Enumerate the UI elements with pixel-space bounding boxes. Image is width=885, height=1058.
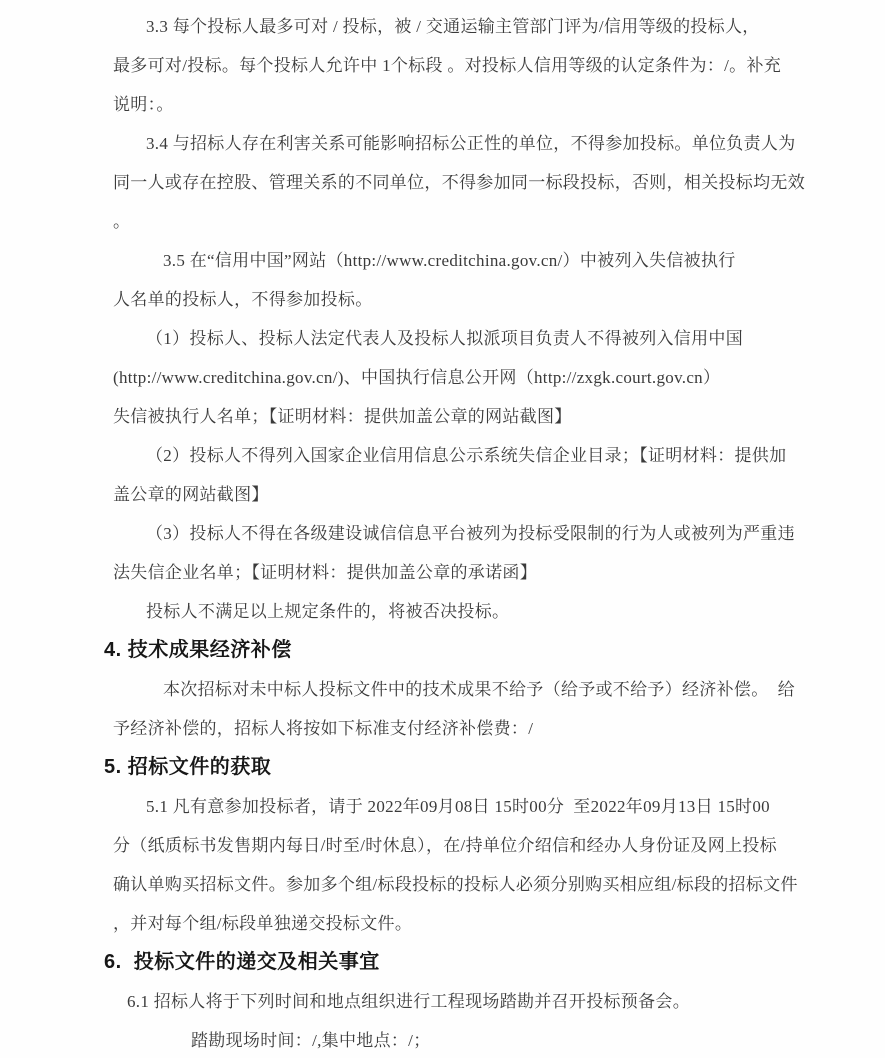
text-line: 确认单购买招标文件。参加多个组/标段投标的投标人必须分别购买相应组/标段的招标文… xyxy=(113,865,869,904)
section-heading: 4. 技术成果经济补偿 xyxy=(104,631,869,670)
credit-item-1: （1）投标人、投标人法定代表人及投标人拟派项目负责人不得被列入信用中国 (htt… xyxy=(0,319,885,436)
text-line: 6.1 招标人将于下列时间和地点组织进行工程现场踏勘并召开投标预备会。 xyxy=(113,982,869,1021)
text-line: （1）投标人、投标人法定代表人及投标人拟派项目负责人不得被列入信用中国 xyxy=(113,319,869,358)
text-line: 盖公章的网站截图】 xyxy=(113,475,869,514)
text-line: 3.5 在“信用中国”网站（http://www.creditchina.gov… xyxy=(113,241,869,280)
section-heading: 5. 招标文件的获取 xyxy=(104,748,869,787)
tech-compensation-body: 本次招标对未中标人投标文件中的技术成果不给予（给予或不给予）经济补偿。 给 予经… xyxy=(0,670,885,748)
heading-tech-compensation: 4. 技术成果经济补偿 xyxy=(0,631,885,670)
heading-document-acquisition: 5. 招标文件的获取 xyxy=(0,748,885,787)
heading-bid-submission: 6. 投标文件的递交及相关事宜 xyxy=(0,943,885,982)
text-line: 人名单的投标人，不得参加投标。 xyxy=(113,280,869,319)
clause-5-1: 5.1 凡有意参加投标者，请于 2022年09月08日 15时00分 至2022… xyxy=(0,787,885,943)
text-line: ，并对每个组/标段单独递交投标文件。 xyxy=(113,904,869,943)
text-line: (http://www.creditchina.gov.cn/)、中国执行信息公… xyxy=(113,358,869,397)
text-line: 3.4 与招标人存在利害关系可能影响招标公正性的单位，不得参加投标。单位负责人为 xyxy=(113,124,869,163)
credit-item-3: （3）投标人不得在各级建设诚信信息平台被列为投标受限制的行为人或被列为严重违 法… xyxy=(0,514,885,592)
rejection-note: 投标人不满足以上规定条件的，将被否决投标。 xyxy=(0,592,885,631)
text-line: 5.1 凡有意参加投标者，请于 2022年09月08日 15时00分 至2022… xyxy=(113,787,869,826)
text-line: 予经济补偿的，招标人将按如下标准支付经济补偿费：/ xyxy=(113,709,869,748)
text-line: 。 xyxy=(113,202,869,241)
clause-3-3: 3.3 每个投标人最多可对 / 投标，被 / 交通运输主管部门评为/信用等级的投… xyxy=(0,7,885,124)
text-line: 分（纸质标书发售期内每日/时至/时休息），在/持单位介绍信和经办人身份证及网上投… xyxy=(113,826,869,865)
document-page: 3.3 每个投标人最多可对 / 投标，被 / 交通运输主管部门评为/信用等级的投… xyxy=(0,0,885,1058)
text-line: 踏勘现场时间：/,集中地点：/； xyxy=(113,1021,869,1058)
text-line: 3.3 每个投标人最多可对 / 投标，被 / 交通运输主管部门评为/信用等级的投… xyxy=(113,7,869,46)
text-line: 说明：。 xyxy=(113,85,869,124)
section-heading: 6. 投标文件的递交及相关事宜 xyxy=(104,943,869,982)
site-visit-line: 踏勘现场时间：/,集中地点：/； xyxy=(0,1021,885,1058)
text-line: 失信被执行人名单；【证明材料：提供加盖公章的网站截图】 xyxy=(113,397,869,436)
text-line: 本次招标对未中标人投标文件中的技术成果不给予（给予或不给予）经济补偿。 给 xyxy=(113,670,869,709)
text-line: 同一人或存在控股、管理关系的不同单位，不得参加同一标段投标，否则，相关投标均无效 xyxy=(113,163,869,202)
text-line: （2）投标人不得列入国家企业信用信息公示系统失信企业目录；【证明材料：提供加 xyxy=(113,436,869,475)
text-line: 法失信企业名单；【证明材料：提供加盖公章的承诺函】 xyxy=(113,553,869,592)
text-line: （3）投标人不得在各级建设诚信信息平台被列为投标受限制的行为人或被列为严重违 xyxy=(113,514,869,553)
clause-6-1: 6.1 招标人将于下列时间和地点组织进行工程现场踏勘并召开投标预备会。 xyxy=(0,982,885,1021)
clause-3-4: 3.4 与招标人存在利害关系可能影响招标公正性的单位，不得参加投标。单位负责人为… xyxy=(0,124,885,241)
text-line: 投标人不满足以上规定条件的，将被否决投标。 xyxy=(113,592,869,631)
credit-item-2: （2）投标人不得列入国家企业信用信息公示系统失信企业目录；【证明材料：提供加 盖… xyxy=(0,436,885,514)
clause-3-5: 3.5 在“信用中国”网站（http://www.creditchina.gov… xyxy=(0,241,885,319)
text-line: 最多可对/投标。每个投标人允许中 1个标段 。对投标人信用等级的认定条件为：/。… xyxy=(113,46,869,85)
